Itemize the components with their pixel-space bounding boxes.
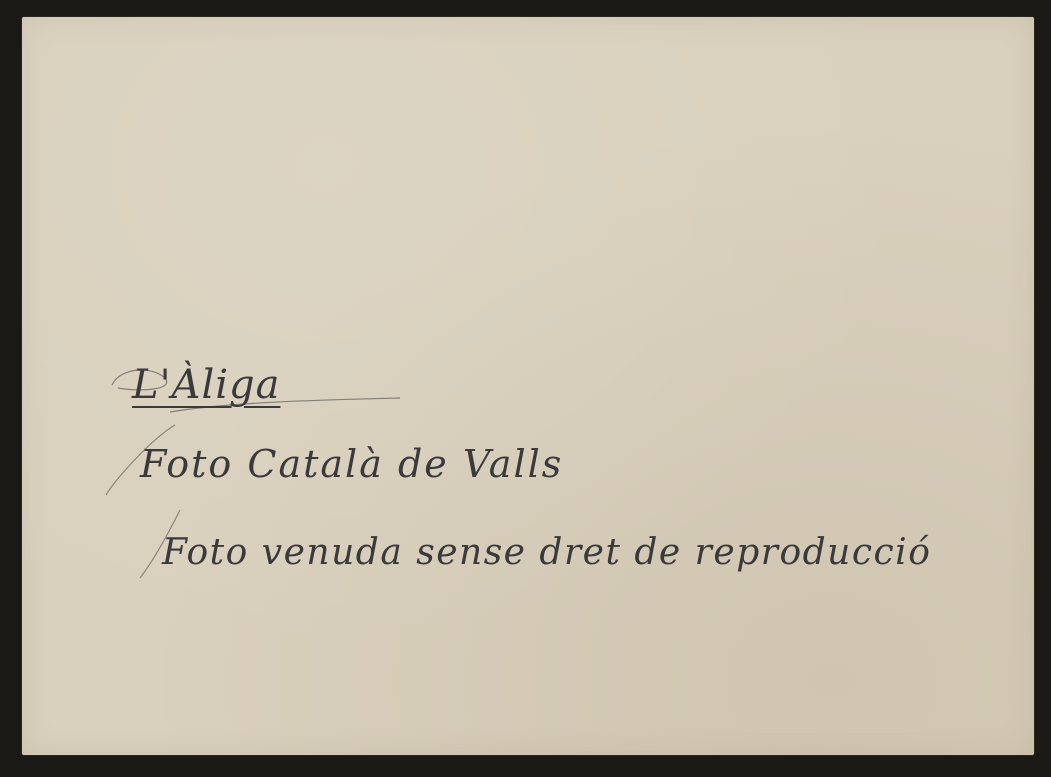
handwritten-title: L'Àliga [132,362,280,408]
photo-card: L'Àliga Foto Català de Valls Foto venuda… [22,17,1034,755]
handwritten-rights-note: Foto venuda sense dret de reproducció [162,532,931,573]
handwritten-photographer: Foto Català de Valls [140,442,563,486]
title-text: L'Àliga [132,362,280,408]
